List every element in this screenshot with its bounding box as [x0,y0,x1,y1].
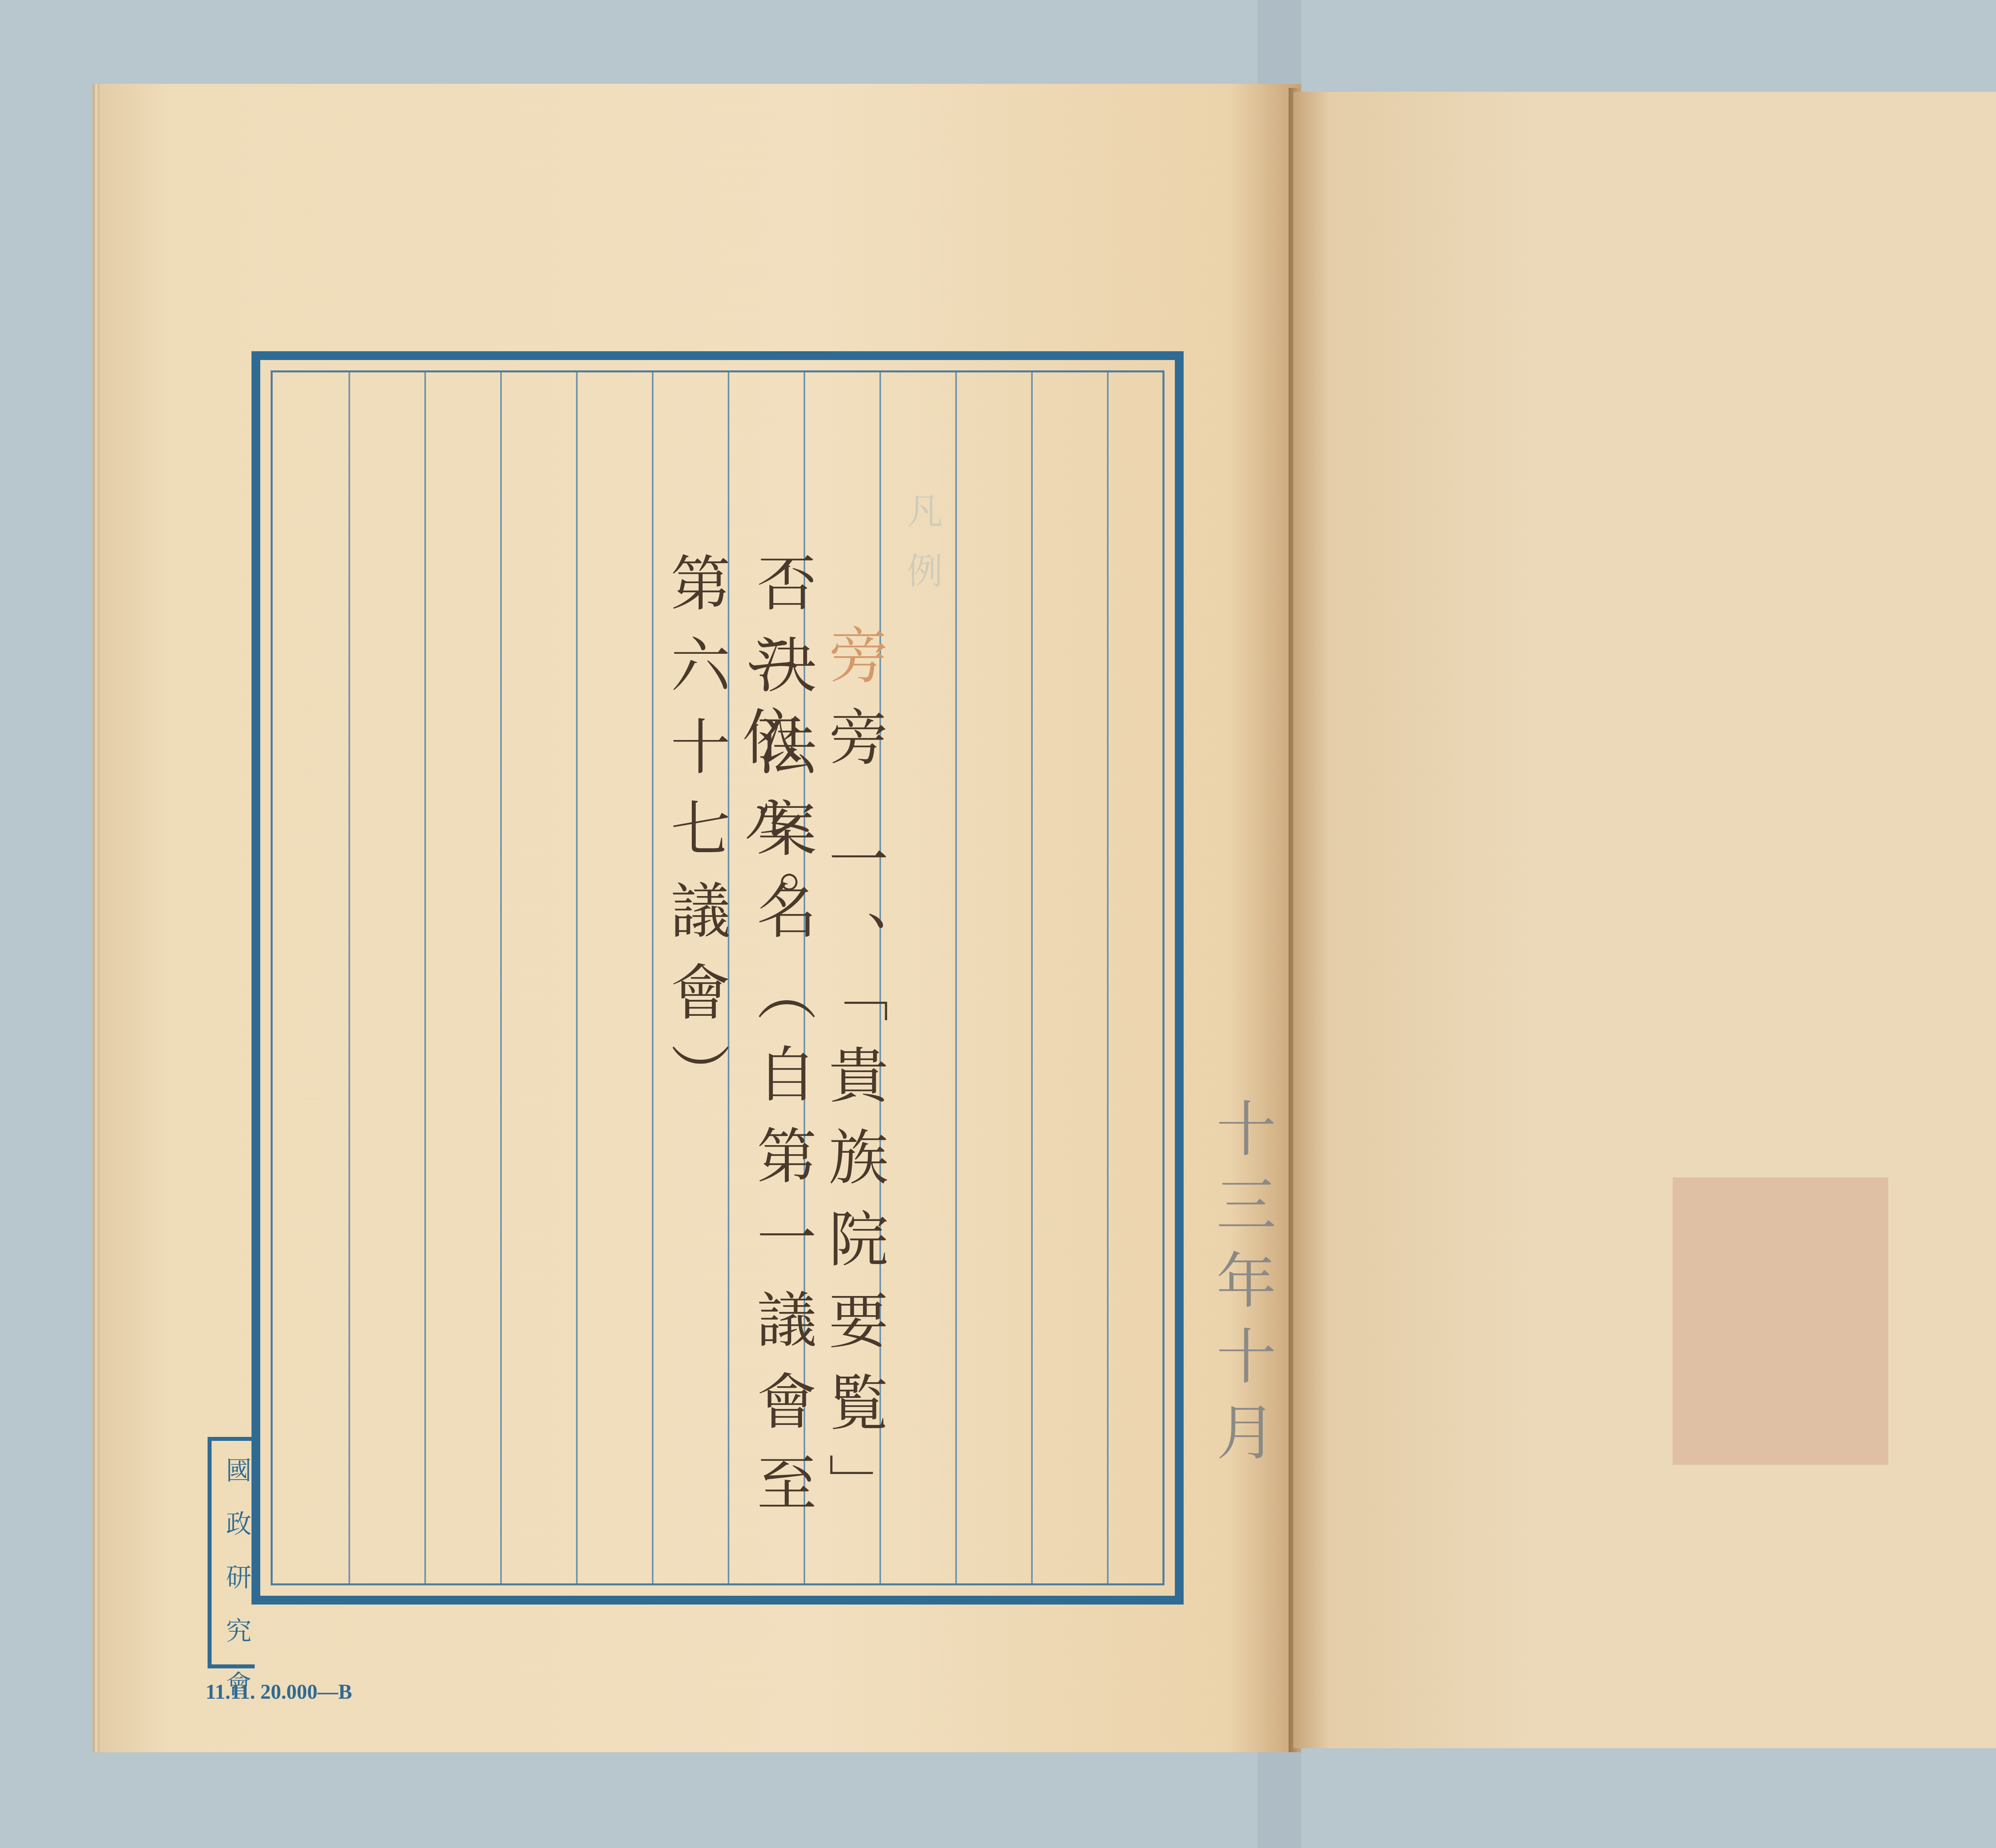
column-rule [424,372,426,1583]
ruled-frame: 凡例 旁旁 一、「貴族院要覧」ニ依ル。 否決法案名（自第一議會至第六十七議會） [251,351,1184,1605]
column-rule [1107,372,1109,1583]
label-char: 究 [212,1617,255,1671]
show-through-text: 凡例 [895,492,947,612]
manuscript-text: 否決法案名（自第一議會至第六十七議會） [660,552,816,1534]
inner-frame: 凡例 旁旁 一、「貴族院要覧」ニ依ル。 否決法案名（自第一議會至第六十七議會） [271,370,1164,1585]
left-page: 凡例 旁旁 一、「貴族院要覧」ニ依ル。 否決法案名（自第一議會至第六十七議會） … [100,84,1301,1752]
label-char: 國 [212,1457,255,1510]
column-rule [576,372,578,1583]
column-rule [1031,372,1033,1583]
column-rule [349,372,350,1583]
ghost-char: 凡 [901,492,943,552]
print-code: 11.11. 20.000—B [206,1680,352,1704]
red-ink-mark: 旁 [818,624,888,706]
right-page [1293,92,1996,1748]
ghost-char: 例 [901,552,943,612]
label-char: 政 [212,1510,255,1564]
faded-seal-mark [1673,1177,1888,1465]
pencil-note: 十三年十月 [1198,1098,1284,1477]
column-rule [955,372,957,1583]
column-rule [500,372,502,1583]
manuscript-line-2: 否決法案名（自第一議會至第六十七議會） [652,552,824,1583]
label-char: 研 [212,1564,255,1617]
publisher-label-box: 國政研究會 [208,1437,255,1668]
